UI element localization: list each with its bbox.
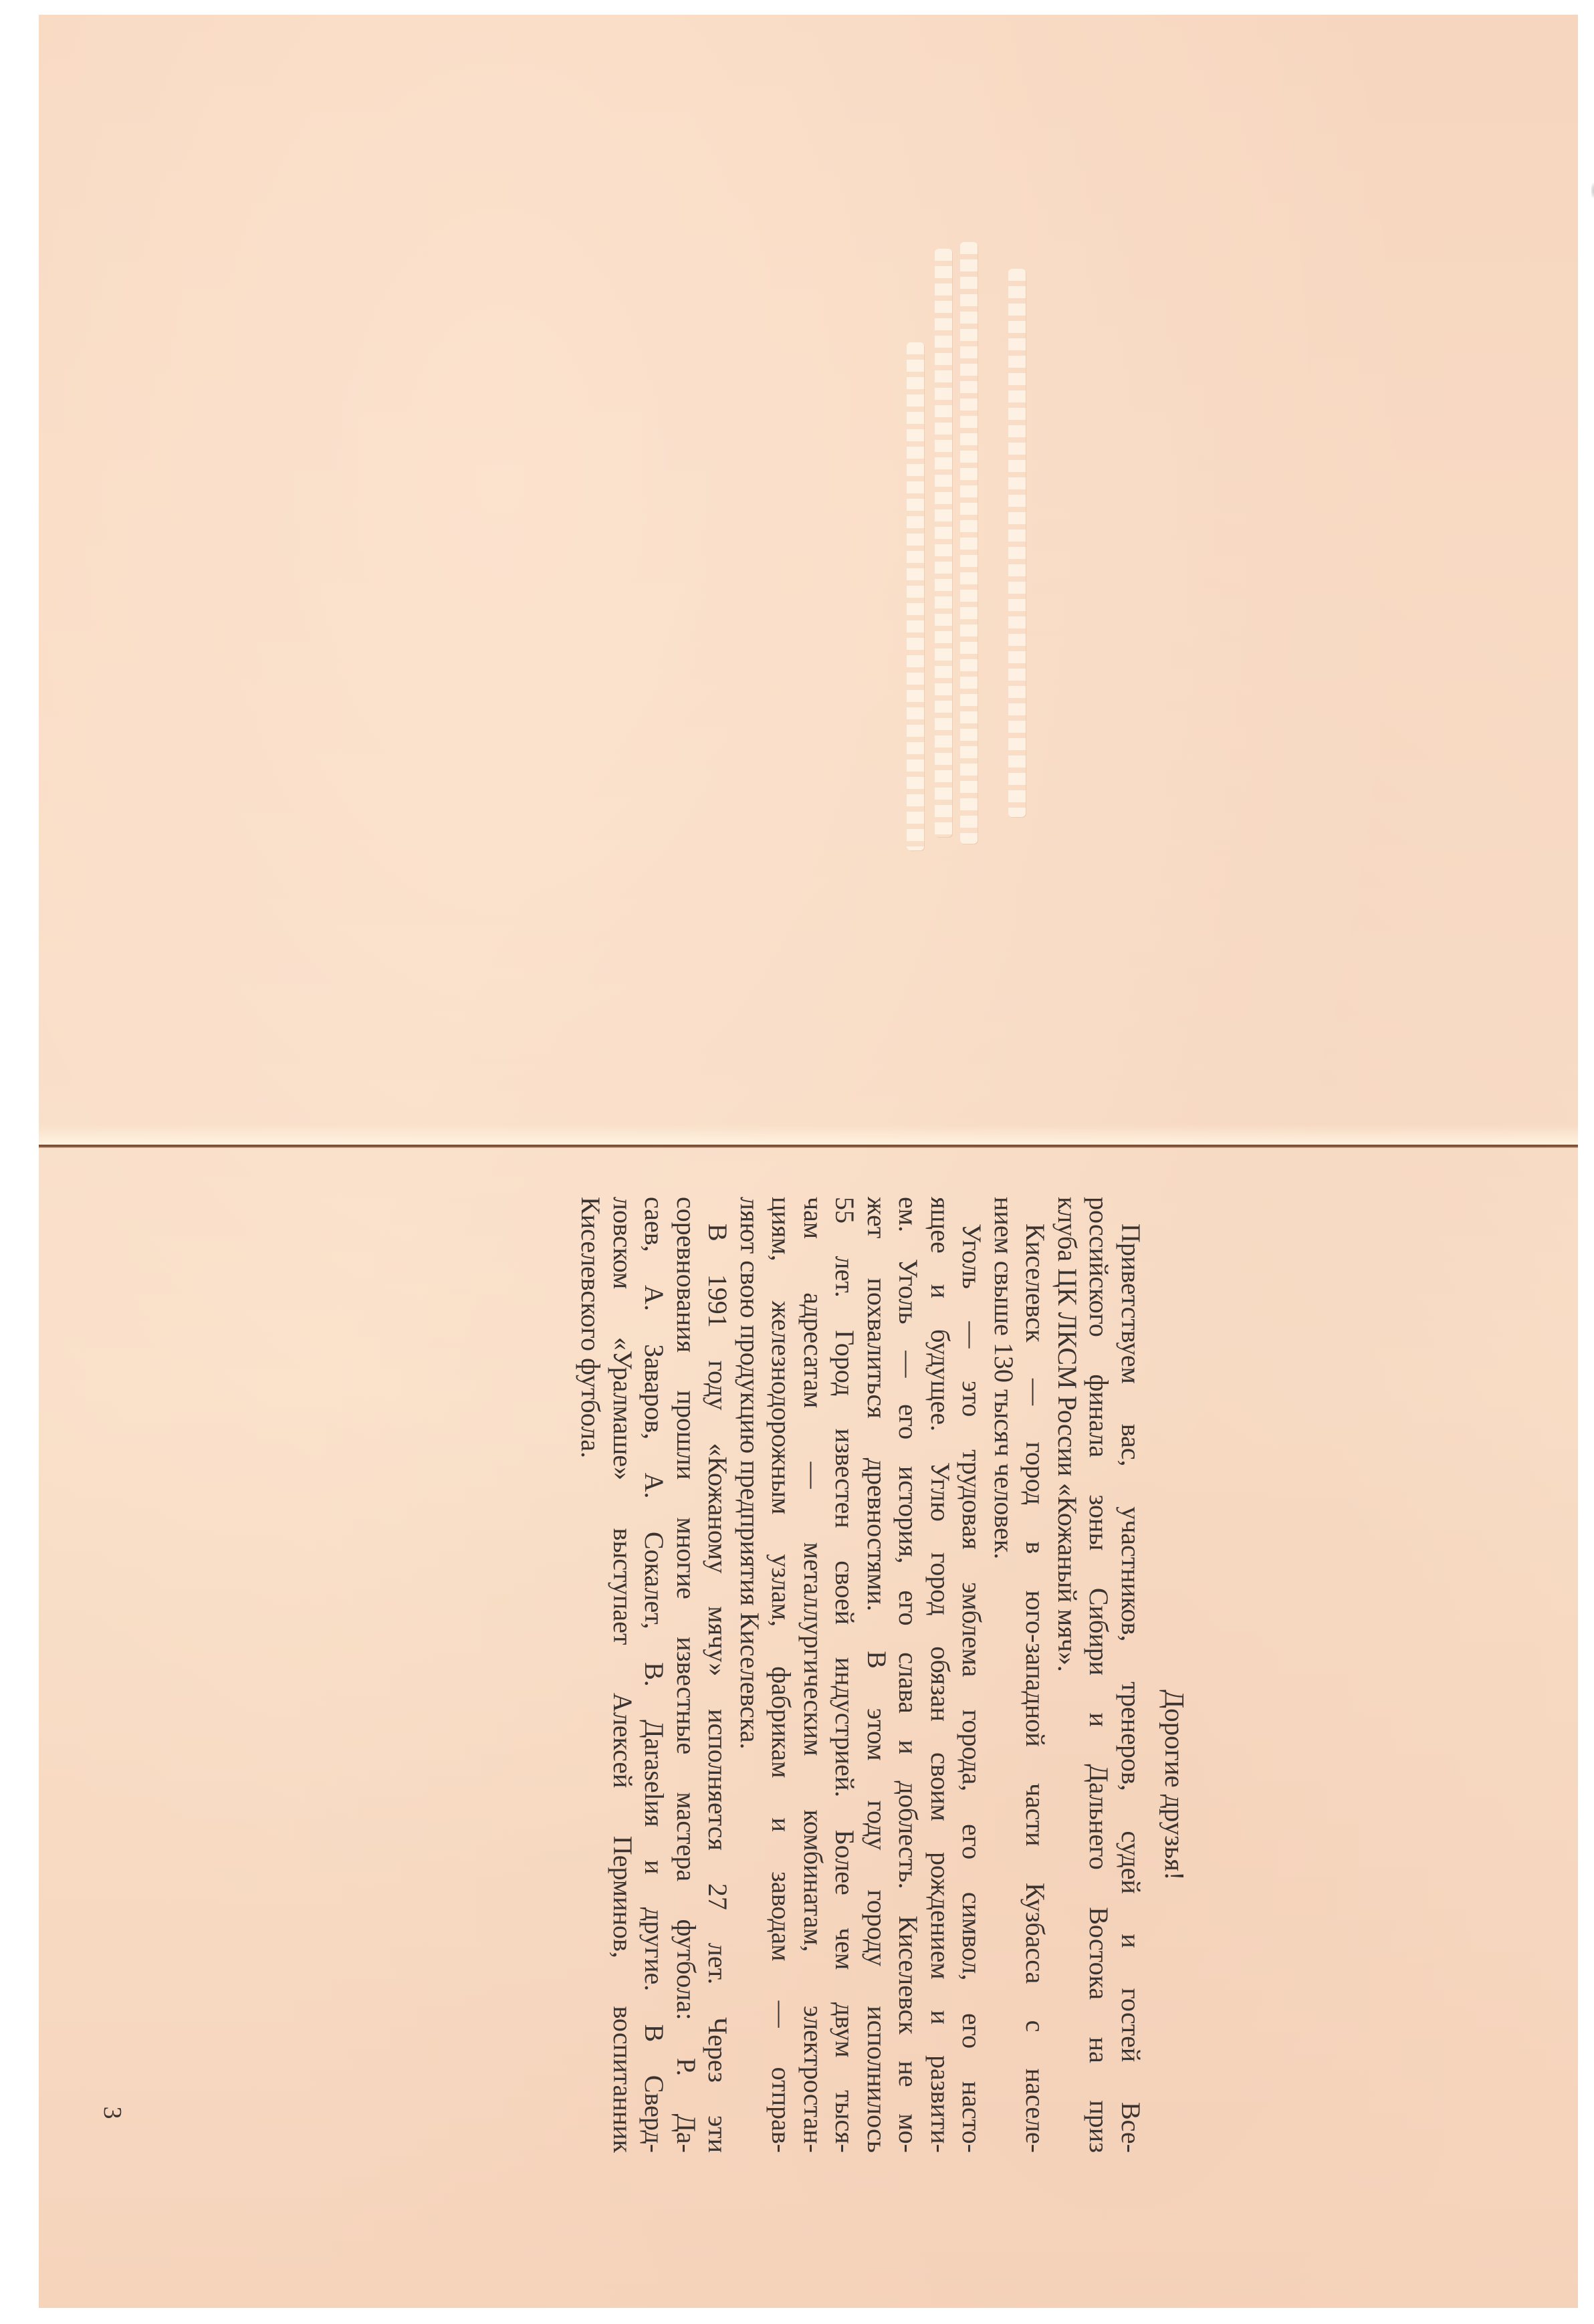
text-line: Киселевского футбола.: [575, 1197, 607, 2153]
text-line: нием свыше 130 тысяч человек.: [988, 1197, 1020, 2153]
embossed-reverse-text: [888, 242, 1035, 877]
text-line: циям, железнодорожным узлам, фабрикам и …: [766, 1197, 798, 2153]
text-line: 55 лет. Город известен своей индустрией.…: [829, 1197, 861, 2153]
welcome-letter: Дорогие друзья! Приветствуем вас, участн…: [602, 1197, 1190, 2153]
text-line: жет похвалиться древностями. В этом году…: [861, 1197, 893, 2153]
paragraph-football: В 1991 году «Кожаному мячу» исполняется …: [575, 1197, 734, 2153]
center-fold-crease: [39, 1145, 1578, 1153]
page-number: 3: [99, 2099, 126, 2126]
text-line: ящее и будущее. Углю город обязан своим …: [925, 1197, 957, 2153]
text-line: ем. Уголь — его история, его слава и доб…: [893, 1197, 925, 2153]
text-line: Уголь — это трудовая эмблема города, его…: [956, 1197, 988, 2153]
text-line: Приветствуем вас, участников, тренеров, …: [1115, 1197, 1147, 2153]
text-line: В 1991 году «Кожаному мячу» исполняется …: [702, 1197, 734, 2153]
text-line: клуба ЦК ЛКСМ России «Кожаный мяч».: [1052, 1197, 1084, 2153]
text-line: ловском «Уралмаше» выступает Алексей Пер…: [607, 1197, 639, 2153]
letter-heading: Дорогие друзья!: [1159, 1197, 1190, 2153]
text-line: соревнования прошли многие известные мас…: [671, 1197, 703, 2153]
paragraph-coal: Уголь — это трудовая эмблема города, его…: [734, 1197, 988, 2153]
text-line: ляют свою продукцию предприятия Киселевс…: [734, 1197, 766, 2153]
ink-smudge: [1591, 179, 1594, 203]
text-line: Киселевск — город в юго-западной части К…: [1020, 1197, 1052, 2153]
paragraph-greeting: Приветствуем вас, участников, тренеров, …: [1052, 1197, 1147, 2153]
text-line: саев, А. Заваров, А. Сокалет, В. Даrasel…: [639, 1197, 671, 2153]
text-line: чам адресатам — металлургическим комбина…: [798, 1197, 830, 2153]
text-line: российского финала зоны Сибири и Дальнег…: [1083, 1197, 1115, 2153]
paragraph-city: Киселевск — город в юго-западной части К…: [988, 1197, 1052, 2153]
